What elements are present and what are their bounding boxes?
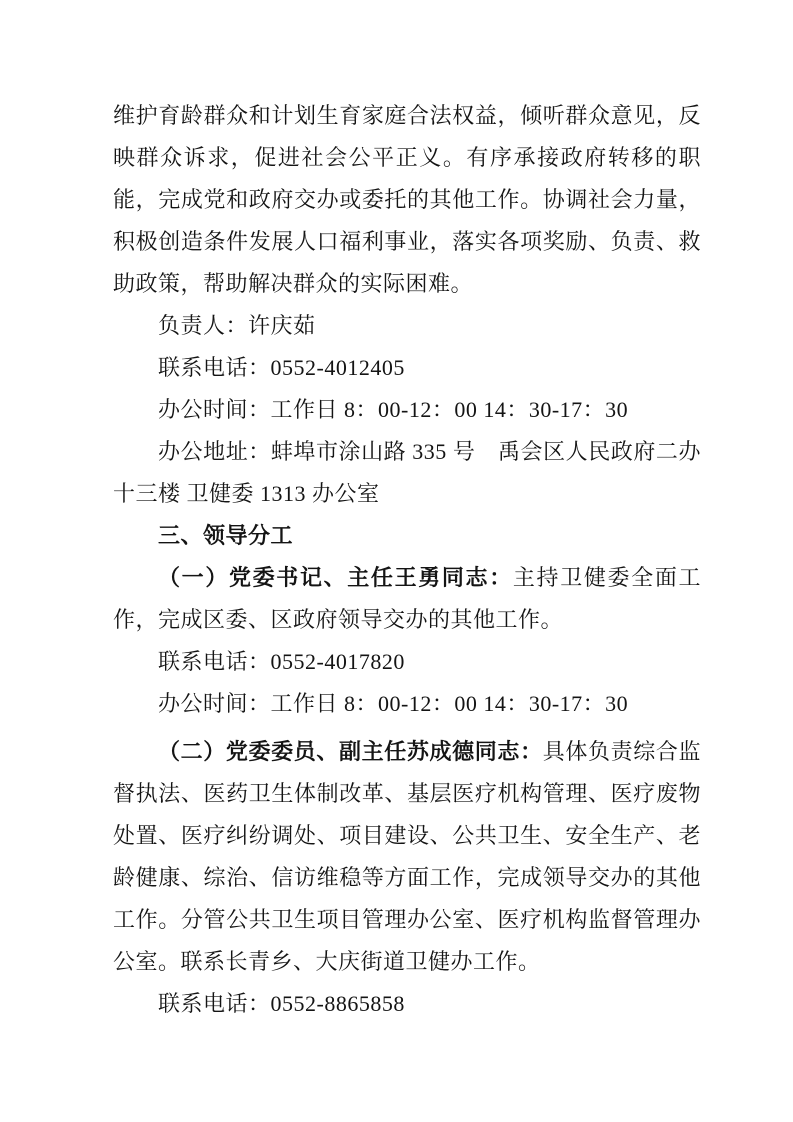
- para-office-hours-2: 办公时间：工作日 8：00-12：00 14：30-17：30: [113, 683, 701, 725]
- para-office-address: 办公地址：蚌埠市涂山路 335 号 禹会区人民政府二办十三楼 卫健委 1313 …: [113, 431, 701, 515]
- heading-leadership-division: 三、领导分工: [113, 515, 701, 557]
- para-phone-wangyong: 联系电话：0552-4017820: [113, 641, 701, 683]
- document-page: 维护育龄群众和计划生育家庭合法权益，倾听群众意见，反映群众诉求，促进社会公平正义…: [0, 0, 793, 1122]
- para-phone-office: 联系电话：0552-4012405: [113, 347, 701, 389]
- para-office-hours-1: 办公时间：工作日 8：00-12：00 14：30-17：30: [113, 389, 701, 431]
- leader-suchengde-title: （二）党委委员、副主任苏成德同志：: [158, 739, 543, 764]
- para-duties-continuation: 维护育龄群众和计划生育家庭合法权益，倾听群众意见，反映群众诉求，促进社会公平正义…: [113, 95, 701, 305]
- leader-suchengde-duties: 具体负责综合监督执法、医药卫生体制改革、基层医疗机构管理、医疗废物处置、医疗纠纷…: [113, 739, 701, 974]
- leader-wangyong-title: （一）党委书记、主任王勇同志：: [158, 565, 513, 590]
- para-leader-wangyong: （一）党委书记、主任王勇同志：主持卫健委全面工作，完成区委、区政府领导交办的其他…: [113, 557, 701, 641]
- para-responsible-person: 负责人：许庆茹: [113, 305, 701, 347]
- para-phone-suchengde: 联系电话：0552-8865858: [113, 983, 701, 1025]
- para-leader-suchengde: （二）党委委员、副主任苏成德同志：具体负责综合监督执法、医药卫生体制改革、基层医…: [113, 731, 701, 983]
